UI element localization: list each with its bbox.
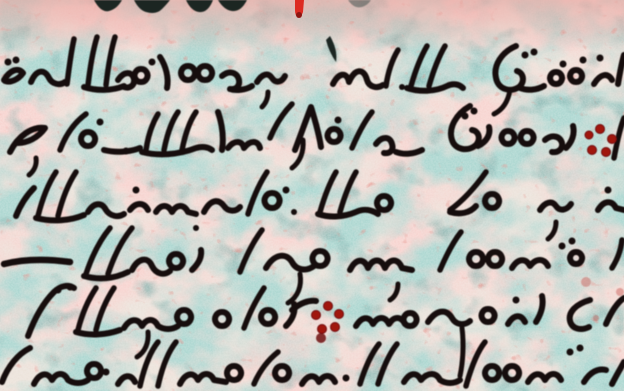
diacritic-dot xyxy=(13,57,20,64)
rosette-smudge xyxy=(316,333,326,343)
rosette-petal-dot xyxy=(335,310,344,319)
diacritic-dot xyxy=(577,345,584,352)
rosette-petal-dot xyxy=(596,125,605,134)
diacritic-dot xyxy=(97,119,104,126)
diacritic-dot xyxy=(569,238,576,245)
diacritic-dot xyxy=(343,375,350,382)
rosette-petal-dot xyxy=(324,302,333,311)
diacritic-dot xyxy=(193,225,199,231)
diacritic-dot xyxy=(283,187,290,194)
red-smudge xyxy=(616,288,624,296)
diacritic-dot xyxy=(522,52,529,59)
rosette-petal-dot xyxy=(602,148,611,157)
diacritic-dot xyxy=(567,349,574,356)
diacritic-dot xyxy=(399,84,405,90)
rosette-petal-dot xyxy=(312,311,321,320)
red-smudge xyxy=(581,277,591,287)
diacritic-dot xyxy=(335,117,342,124)
diacritic-dot xyxy=(471,108,478,115)
diacritic-dot xyxy=(580,57,587,64)
red-smudge xyxy=(593,315,599,321)
rosette-petal-dot xyxy=(318,325,327,334)
diacritic-dot xyxy=(531,49,538,56)
manuscript-canvas xyxy=(0,0,624,391)
red-tick-tip xyxy=(296,12,302,18)
diacritic-dot xyxy=(559,243,566,250)
diacritic-dot xyxy=(462,113,469,120)
diacritic-dot xyxy=(5,59,12,66)
rosette-petal-dot xyxy=(331,323,340,332)
diacritic-dot xyxy=(133,187,140,194)
rosette-petal-dot xyxy=(585,131,593,139)
manuscript-image xyxy=(0,0,624,391)
diacritic-dot xyxy=(605,187,612,194)
diacritic-dot xyxy=(149,59,156,66)
diacritic-dot xyxy=(123,148,130,155)
diacritic-dot xyxy=(55,287,62,294)
diacritic-dot xyxy=(597,55,604,62)
rosette-petal-dot xyxy=(608,135,617,144)
diacritic-dot xyxy=(103,369,110,376)
diacritic-dot xyxy=(560,61,567,68)
diacritic-dot xyxy=(67,284,74,291)
diacritic-dot xyxy=(513,297,520,304)
diacritic-dot xyxy=(291,209,297,215)
rosette-petal-dot xyxy=(588,146,597,155)
